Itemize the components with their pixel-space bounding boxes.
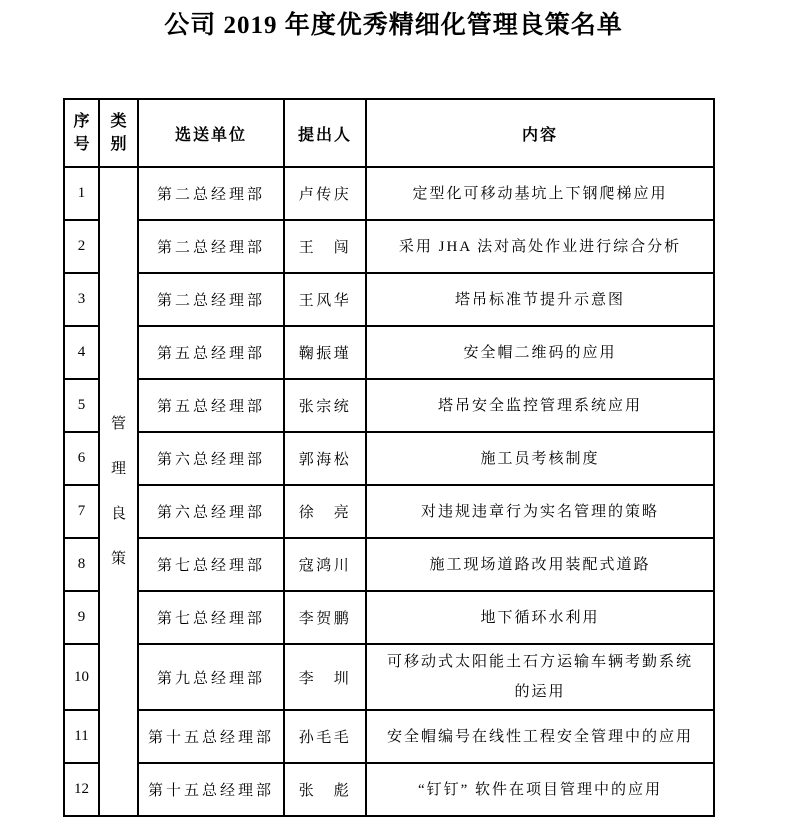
header-row: 序号 类别 选送单位 提出人 内容 — [64, 99, 714, 167]
category-merged-cell: 管理良策 — [99, 167, 138, 816]
table-row: 8 第七总经理部 寇鸿川 施工现场道路改用装配式道路 — [64, 538, 714, 591]
cell-proposer: 鞠振瑾 — [284, 326, 366, 379]
table-row: 11 第十五总经理部 孙毛毛 安全帽编号在线性工程安全管理中的应用 — [64, 710, 714, 763]
table-row: 5 第五总经理部 张宗统 塔吊安全监控管理系统应用 — [64, 379, 714, 432]
cell-proposer: 寇鸿川 — [284, 538, 366, 591]
cell-no: 1 — [64, 167, 99, 220]
document-page: 公司 2019 年度优秀精细化管理良策名单 序号 类别 选送单位 提出人 内容 … — [0, 0, 787, 836]
cell-proposer: 李 圳 — [284, 644, 366, 710]
table-body: 1 管理良策 第二总经理部 卢传庆 定型化可移动基坑上下钢爬梯应用 2 第二总经… — [64, 167, 714, 816]
cell-unit: 第六总经理部 — [138, 432, 284, 485]
page-title: 公司 2019 年度优秀精细化管理良策名单 — [0, 8, 787, 44]
cell-proposer: 张宗统 — [284, 379, 366, 432]
cell-proposer: 郭海松 — [284, 432, 366, 485]
cell-proposer: 李贺鹏 — [284, 591, 366, 644]
cell-content: 地下循环水利用 — [366, 591, 714, 644]
category-vertical-text: 管理良策 — [111, 402, 126, 582]
cell-unit: 第七总经理部 — [138, 538, 284, 591]
cell-content: 安全帽二维码的应用 — [366, 326, 714, 379]
cell-proposer: 徐 亮 — [284, 485, 366, 538]
cell-proposer: 张 彪 — [284, 763, 366, 816]
cell-no: 4 — [64, 326, 99, 379]
cell-no: 6 — [64, 432, 99, 485]
table-row: 1 管理良策 第二总经理部 卢传庆 定型化可移动基坑上下钢爬梯应用 — [64, 167, 714, 220]
table-row: 10 第九总经理部 李 圳 可移动式太阳能土石方运输车辆考勤系统的运用 — [64, 644, 714, 710]
table-row: 4 第五总经理部 鞠振瑾 安全帽二维码的应用 — [64, 326, 714, 379]
cell-no: 2 — [64, 220, 99, 273]
header-cell-proposer: 提出人 — [284, 99, 366, 167]
cell-unit: 第九总经理部 — [138, 644, 284, 710]
cell-content: 定型化可移动基坑上下钢爬梯应用 — [366, 167, 714, 220]
cell-unit: 第十五总经理部 — [138, 763, 284, 816]
cell-unit: 第五总经理部 — [138, 379, 284, 432]
cell-proposer: 王风华 — [284, 273, 366, 326]
cell-unit: 第七总经理部 — [138, 591, 284, 644]
cell-no: 10 — [64, 644, 99, 710]
cell-unit: 第十五总经理部 — [138, 710, 284, 763]
cell-no: 8 — [64, 538, 99, 591]
cell-unit: 第六总经理部 — [138, 485, 284, 538]
cell-proposer: 孙毛毛 — [284, 710, 366, 763]
cell-content: 塔吊安全监控管理系统应用 — [366, 379, 714, 432]
cell-no: 9 — [64, 591, 99, 644]
table-row: 3 第二总经理部 王风华 塔吊标准节提升示意图 — [64, 273, 714, 326]
cell-no: 3 — [64, 273, 99, 326]
cell-content: 施工现场道路改用装配式道路 — [366, 538, 714, 591]
cell-content: 安全帽编号在线性工程安全管理中的应用 — [366, 710, 714, 763]
table-row: 6 第六总经理部 郭海松 施工员考核制度 — [64, 432, 714, 485]
table-row: 12 第十五总经理部 张 彪 “钉钉” 软件在项目管理中的应用 — [64, 763, 714, 816]
cell-unit: 第五总经理部 — [138, 326, 284, 379]
cell-proposer: 王 闯 — [284, 220, 366, 273]
cell-content: “钉钉” 软件在项目管理中的应用 — [366, 763, 714, 816]
header-cell-category: 类别 — [99, 99, 138, 167]
cell-content: 施工员考核制度 — [366, 432, 714, 485]
table-header: 序号 类别 选送单位 提出人 内容 — [64, 99, 714, 167]
cell-no: 5 — [64, 379, 99, 432]
cell-no: 11 — [64, 710, 99, 763]
cell-unit: 第二总经理部 — [138, 167, 284, 220]
table-row: 2 第二总经理部 王 闯 采用 JHA 法对高处作业进行综合分析 — [64, 220, 714, 273]
cell-unit: 第二总经理部 — [138, 220, 284, 273]
header-cell-content: 内容 — [366, 99, 714, 167]
table-row: 9 第七总经理部 李贺鹏 地下循环水利用 — [64, 591, 714, 644]
cell-unit: 第二总经理部 — [138, 273, 284, 326]
cell-proposer: 卢传庆 — [284, 167, 366, 220]
management-strategies-table: 序号 类别 选送单位 提出人 内容 1 管理良策 第二总经理部 卢传庆 定型化可… — [63, 98, 715, 817]
cell-content: 采用 JHA 法对高处作业进行综合分析 — [366, 220, 714, 273]
header-cell-no: 序号 — [64, 99, 99, 167]
cell-no: 7 — [64, 485, 99, 538]
cell-no: 12 — [64, 763, 99, 816]
table-row: 7 第六总经理部 徐 亮 对违规违章行为实名管理的策略 — [64, 485, 714, 538]
cell-content: 对违规违章行为实名管理的策略 — [366, 485, 714, 538]
cell-content: 塔吊标准节提升示意图 — [366, 273, 714, 326]
header-cell-unit: 选送单位 — [138, 99, 284, 167]
cell-content: 可移动式太阳能土石方运输车辆考勤系统的运用 — [366, 644, 714, 710]
